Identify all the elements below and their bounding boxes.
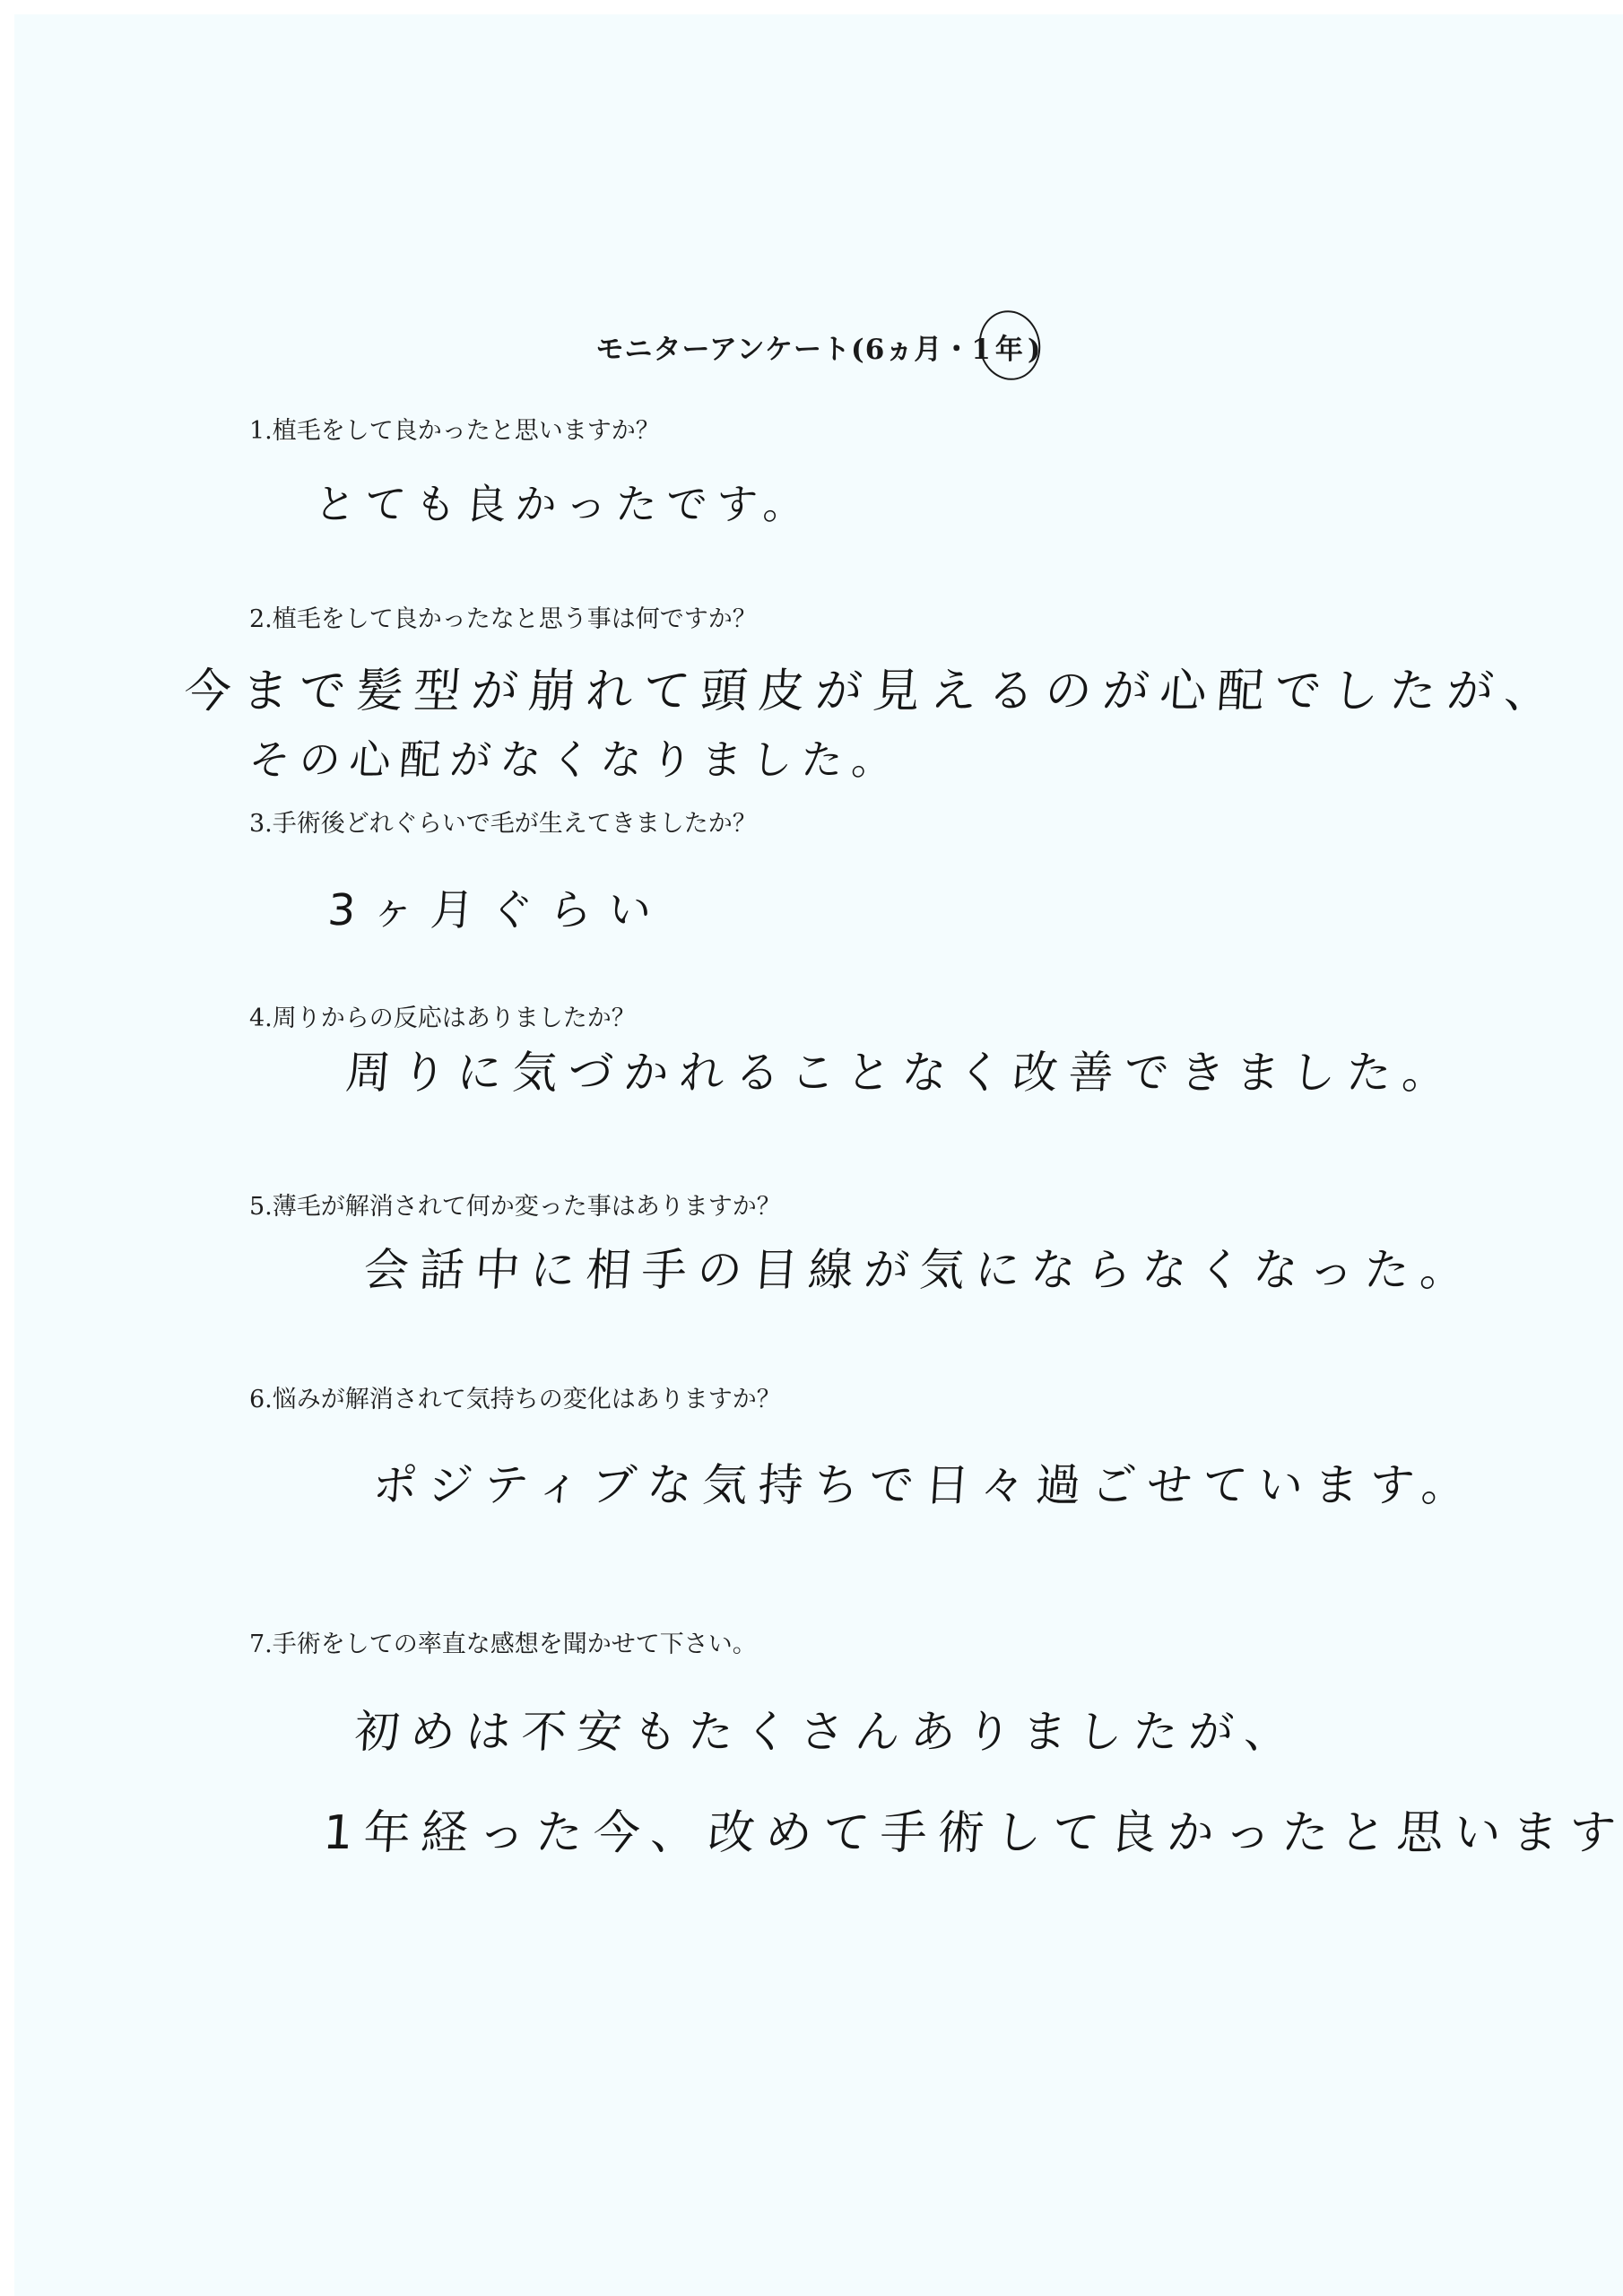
circled-year-option: 年 (992, 326, 1028, 367)
question-4: 4.周りからの反応はありましたか？ (249, 998, 636, 1033)
question-7: 7.手術をしての率直な感想を聞かせて下さい。 (249, 1624, 757, 1659)
question-5: 5.薄毛が解消されて何か変った事はありますか？ (249, 1187, 781, 1222)
question-6: 6.悩みが解消されて気持ちの変化はありますか？ (249, 1379, 781, 1414)
question-1: 1.植毛をして良かったと思いますか？ (249, 411, 660, 446)
answer-2-line-2: その心配がなくなりました。 (247, 727, 905, 787)
answer-5-line-1: 会話中に相手の目線が気にならなくなった。 (361, 1234, 1478, 1299)
survey-title-text: モニターアンケート(6ヵ月・1 (595, 334, 991, 366)
scanned-survey-sheet: モニターアンケート(6ヵ月・1年) 1.植毛をして良かったと思いますか？ とても… (14, 14, 1623, 2296)
answer-4-line-1: 周りに気づかれることなく改善できました。 (343, 1037, 1460, 1101)
answer-3-line-1: 3ヶ月ぐらい (326, 875, 670, 937)
question-3: 3.手術後どれぐらいで毛が生えてきましたか？ (249, 804, 757, 839)
circled-year-label: 年 (995, 334, 1024, 366)
answer-2-line-1: 今まで髪型が崩れて頭皮が見えるのが心配でしたが、 (182, 653, 1564, 720)
answer-6-line-1: ポジティブな気持ちで日々過ごせています。 (370, 1449, 1480, 1514)
survey-title: モニターアンケート(6ヵ月・1年) (14, 326, 1623, 367)
answer-7-line-1: 初めは不安もたくさんありましたが、 (352, 1696, 1302, 1761)
answer-1-line-1: とても良かったです。 (313, 472, 816, 531)
question-2: 2.植毛をして良かったなと思う事は何ですか？ (249, 599, 757, 634)
answer-7-line-2: 1年経った今、改めて手術して良かったと思います。 (321, 1795, 1623, 1862)
